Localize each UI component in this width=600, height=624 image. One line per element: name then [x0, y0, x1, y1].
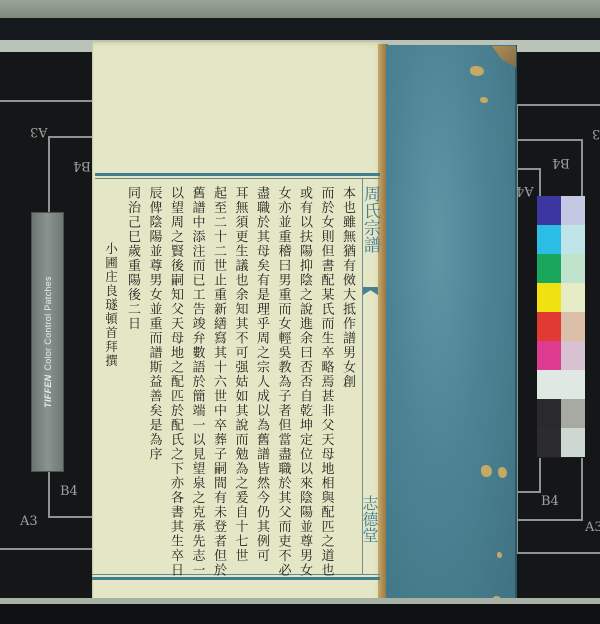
color-patch-cyan-light: [561, 225, 585, 254]
text-column: 起至二十二世止重新繕寫其十六世中卒葬子嗣間有未登者但於: [208, 186, 230, 571]
author-signature: 小圃庄良璲頓首拜撰: [100, 186, 122, 571]
color-patch-black: [537, 399, 561, 428]
color-patch-red-light: [561, 312, 585, 341]
color-patch-green: [537, 254, 561, 283]
text-column: 女亦並重稽曰男重而女輕吳教為子者但當盡職於其父而吏不必: [272, 186, 294, 571]
text-column: 舊譜中添注而已工告竣弁數語於簡端一以見望泉之克承先志一: [186, 186, 208, 571]
page-frame-top-border: [95, 173, 380, 179]
cover-wear-spot: [470, 66, 484, 76]
color-patch-magenta: [537, 341, 561, 370]
right-a3-bottom-label: A3: [585, 520, 600, 535]
cover-wear-spot: [497, 552, 502, 558]
top-shelf-edge: [0, 0, 600, 20]
text-column: 本也雖無猶有傚大抵作譜男女創: [337, 186, 359, 571]
color-patch-blue: [537, 196, 561, 225]
tiffen-brand: TIFFEN: [43, 375, 53, 408]
text-column: 耳無須更生議也余知其不可强姑如其說而勉為之爰自十七世: [229, 186, 251, 571]
right-b4-bottom-label: B4: [541, 494, 559, 509]
color-patch-white: [537, 370, 585, 399]
right-a4-label: A4: [516, 183, 534, 198]
cover-wear-spot: [481, 465, 492, 477]
color-patch-yellow-light: [561, 283, 585, 312]
scanner-top-bar: [0, 18, 600, 42]
color-patch-magenta-light: [561, 341, 585, 370]
cover-wear-spot: [498, 467, 507, 478]
color-patch-gray-light: [561, 428, 585, 457]
text-column: 辰俾陰陽並尊男女並重而譜斯益善矣是為序: [143, 186, 165, 571]
text-column: 盡職於其母矣有是理乎周之宗人成以為舊譜皆然今仍其例可: [251, 186, 273, 571]
color-patch-cyan: [537, 225, 561, 254]
color-patch-blue-light: [561, 196, 585, 225]
text-column: 或有以扶陽抑陰之說進余曰否否自乾坤定位以來陰陽並尊男女: [294, 186, 316, 571]
tiffen-title: Color Control Patches: [43, 276, 53, 370]
color-patch-green-light: [561, 254, 585, 283]
color-patch-gray: [561, 399, 585, 428]
banxin-book-title: 周氏宗譜: [364, 185, 380, 253]
scanner-bottom-bar: [0, 598, 600, 624]
left-b4-bottom-label: B4: [60, 484, 78, 499]
tiffen-color-control-strip: TIFFENColor Control Patches: [31, 212, 64, 472]
book-cover: [386, 45, 517, 608]
banxin-hall-name: 志德堂: [364, 495, 380, 543]
text-column: 而於女則但書配某氏而生卒略焉甚非父天母地相與配匹之道也: [315, 186, 337, 571]
page-frame-bottom-border: [92, 574, 380, 580]
left-a3-label: A3: [30, 124, 48, 139]
right-a3-top-label: 3: [592, 126, 600, 141]
color-patch-yellow: [537, 283, 561, 312]
color-patch-chart: [537, 196, 585, 458]
color-patch-red: [537, 312, 561, 341]
tiffen-strip-label: TIFFENColor Control Patches: [43, 276, 53, 408]
color-patch-black-2: [537, 428, 561, 457]
cover-wear-spot: [480, 97, 488, 103]
text-column: 以望周之賢後嗣知父天母地之配匹於配氏之下亦各書其生卒日: [165, 186, 187, 571]
preface-text-body: 本也雖無猶有傚大抵作譜男女創而於女則但書配某氏而生卒略焉甚非父天母地相與配匹之道…: [100, 186, 358, 571]
left-b4-label: B4: [73, 158, 91, 173]
left-a3-bottom-label: A3: [20, 514, 38, 529]
right-b4-label: B4: [552, 155, 570, 170]
text-column: 同治己巳歲重陽後二日: [122, 186, 144, 571]
